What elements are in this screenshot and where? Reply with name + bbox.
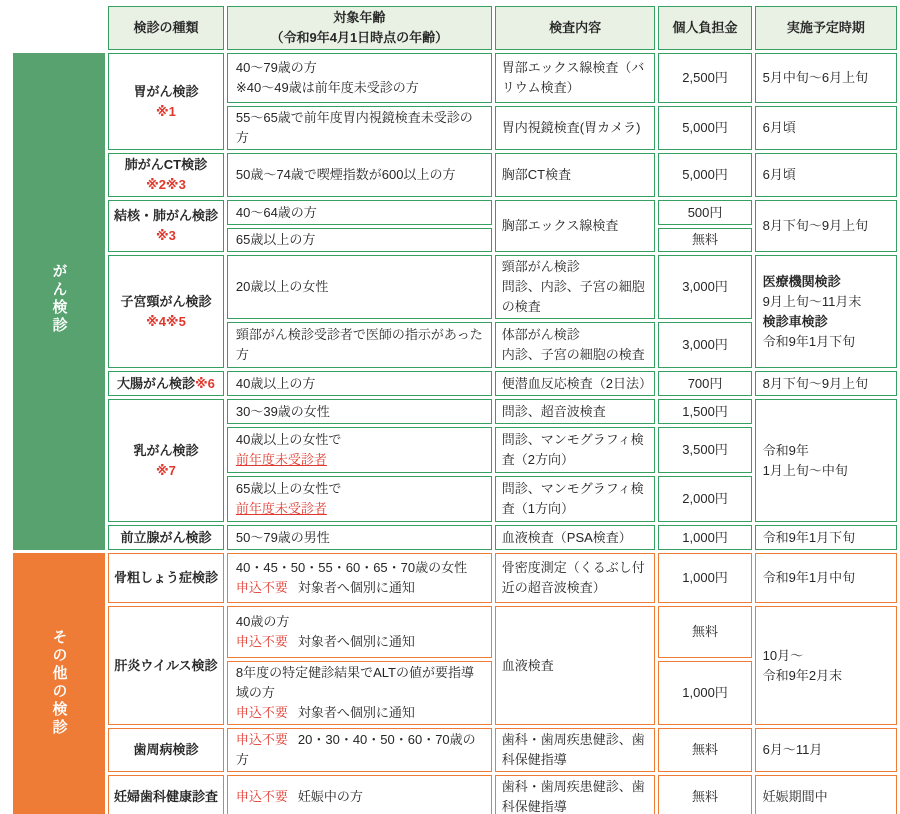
colorectal-note: ※6 (195, 376, 215, 391)
cell-stomach-r2-fee: 5,000円 (658, 106, 751, 150)
cell-cervical-r1-age: 20歳以上の女性 (227, 255, 492, 319)
cell-tb-lung-exam: 胸部エックス線検査 (495, 200, 656, 252)
hepatitis-r2-apply-label: 申込不要 (236, 705, 288, 720)
row-tb-lung-1: 結核・肺がん検診 ※3 40～64歳の方 胸部エックス線検査 500円 8月下旬… (13, 200, 897, 225)
band-other-label: その他の検診 (52, 629, 67, 737)
osteoporosis-name: 骨粗しょう症検診 (114, 570, 218, 585)
maternity-period-label: 妊娠期間中 (763, 789, 828, 804)
cell-osteoporosis-period: 令和9年1月中旬 (755, 553, 897, 603)
stomach-r2-period-label: 6月頃 (763, 120, 796, 135)
cell-lung-ct-age: 50歳～74歳で喫煙指数が600以上の方 (227, 153, 492, 197)
tb-lung-exam-label: 胸部エックス線検査 (502, 218, 619, 233)
cell-osteoporosis-fee: 1,000円 (658, 553, 751, 603)
hepatitis-r2-apply-note: 対象者へ個別に通知 (298, 705, 415, 720)
cell-prostate-period: 令和9年1月下旬 (755, 525, 897, 550)
colorectal-period-label: 8月下旬～9月上旬 (763, 376, 868, 391)
stomach-note: ※1 (111, 102, 221, 122)
cell-breast-period: 令和9年 1月上旬～中旬 (755, 399, 897, 522)
cell-breast-r1-age: 30～39歳の女性 (227, 399, 492, 424)
cell-breast-r2-age: 40歳以上の女性で 前年度未受診者 (227, 427, 492, 473)
cervical-period-line4: 令和9年1月下旬 (763, 332, 889, 352)
maternity-apply-label: 申込不要 (236, 789, 288, 804)
lung-ct-age-label: 50歳～74歳で喫煙指数が600以上の方 (236, 167, 456, 182)
osteoporosis-age-line2: 申込不要対象者へ個別に通知 (236, 578, 483, 598)
cell-periodontal-type: 歯周病検診 (108, 728, 224, 772)
hepatitis-r2-fee-label: 1,000円 (682, 685, 728, 700)
cell-hepatitis-r1-age: 40歳の方 申込不要対象者へ個別に通知 (227, 606, 492, 658)
cell-stomach-type: 胃がん検診 ※1 (108, 53, 224, 150)
stomach-r1-age-line1: 40～79歳の方 (236, 58, 483, 78)
row-cervical-1: 子宮頸がん検診 ※4※5 20歳以上の女性 頸部がん検診 問診、内診、子宮の細胞… (13, 255, 897, 319)
cervical-r2-fee-label: 3,000円 (682, 337, 728, 352)
tb-lung-name: 結核・肺がん検診 (111, 206, 221, 226)
cell-tb-lung-fee1: 500円 (658, 200, 751, 225)
cervical-note: ※4※5 (111, 312, 221, 332)
cell-maternity-age: 申込不要妊娠中の方 (227, 775, 492, 814)
hepatitis-r1-age-line1: 40歳の方 (236, 612, 483, 632)
cell-stomach-r2-period: 6月頃 (755, 106, 897, 150)
breast-r2-age-line2: 前年度未受診者 (236, 450, 483, 470)
breast-r1-exam-label: 問診、超音波検査 (502, 404, 606, 419)
cell-periodontal-age: 申込不要20・30・40・50・60・70歳の方 (227, 728, 492, 772)
tb-lung-fee1-label: 500円 (688, 205, 723, 220)
band-cancer-label: がん検診 (52, 263, 67, 335)
cell-lung-ct-type: 肺がんCT検診 ※2※3 (108, 153, 224, 197)
breast-r3-fee-label: 2,000円 (682, 491, 728, 506)
screening-table: 検診の種類 対象年齢 （令和9年4月1日時点の年齢） 検査内容 個人負担金 実施… (10, 3, 900, 814)
hepatitis-r1-apply-label: 申込不要 (236, 634, 288, 649)
col-header-fee-label: 個人負担金 (673, 20, 738, 35)
cell-cervical-r1-exam: 頸部がん検診 問診、内診、子宮の細胞の検査 (495, 255, 656, 319)
breast-period-line1: 令和9年 (763, 441, 889, 461)
cell-osteoporosis-exam: 骨密度測定（くるぶし付近の超音波検査） (495, 553, 656, 603)
row-maternity-dental: 妊婦歯科健康診査 申込不要妊娠中の方 歯科・歯周疾患健診、歯科保健指導 無料 妊… (13, 775, 897, 814)
breast-period-line2: 1月上旬～中旬 (763, 461, 889, 481)
colorectal-age-label: 40歳以上の方 (236, 376, 315, 391)
tb-lung-period-label: 8月下旬～9月上旬 (763, 218, 868, 233)
breast-r1-fee-label: 1,500円 (682, 404, 728, 419)
tb-lung-fee2-label: 無料 (692, 232, 718, 247)
cell-stomach-r1-period: 5月中旬～6月上旬 (755, 53, 897, 103)
cell-periodontal-fee: 無料 (658, 728, 751, 772)
colorectal-fee-label: 700円 (688, 376, 723, 391)
stomach-r1-period-label: 5月中旬～6月上旬 (763, 70, 868, 85)
cell-cervical-r2-exam: 体部がん検診 内診、子宮の細胞の検査 (495, 322, 656, 368)
col-header-period: 実施予定時期 (755, 6, 897, 50)
colorectal-exam-label: 便潜血反応検査（2日法） (502, 376, 652, 391)
cell-hepatitis-r1-fee: 無料 (658, 606, 751, 658)
breast-note: ※7 (111, 461, 221, 481)
cell-breast-r3-exam: 問診、マンモグラフィ検査（1方向） (495, 476, 656, 522)
cell-maternity-fee: 無料 (658, 775, 751, 814)
hepatitis-period-line1: 10月～ (763, 646, 889, 666)
cell-tb-lung-period: 8月下旬～9月上旬 (755, 200, 897, 252)
stomach-r1-age-line2: ※40～49歳は前年度未受診の方 (236, 78, 483, 98)
lung-ct-note: ※2※3 (111, 175, 221, 195)
cell-breast-r3-fee: 2,000円 (658, 476, 751, 522)
cervical-r1-age-label: 20歳以上の女性 (236, 279, 328, 294)
row-stomach-1: がん検診 胃がん検診 ※1 40～79歳の方 ※40～49歳は前年度未受診の方 … (13, 53, 897, 103)
stomach-r2-exam-label: 胃内視鏡検査(胃カメラ) (502, 120, 641, 135)
cell-cervical-r2-age: 頸部がん検診受診者で医師の指示があった方 (227, 322, 492, 368)
osteoporosis-apply-label: 申込不要 (236, 580, 288, 595)
periodontal-apply-label: 申込不要 (236, 732, 288, 747)
cell-hepatitis-period: 10月～ 令和9年2月末 (755, 606, 897, 725)
cervical-r2-exam-line1: 体部がん検診 (502, 325, 649, 345)
lung-ct-period-label: 6月頃 (763, 167, 796, 182)
band-other-screening: その他の検診 (13, 553, 105, 814)
cell-prostate-exam: 血液検査（PSA検査） (495, 525, 656, 550)
cell-colorectal-period: 8月下旬～9月上旬 (755, 371, 897, 396)
cell-osteoporosis-type: 骨粗しょう症検診 (108, 553, 224, 603)
prostate-fee-label: 1,000円 (682, 530, 728, 545)
cervical-r1-fee-label: 3,000円 (682, 279, 728, 294)
cell-colorectal-fee: 700円 (658, 371, 751, 396)
col-header-type-label: 検診の種類 (133, 20, 198, 35)
tb-lung-age2-label: 65歳以上の方 (236, 232, 315, 247)
cervical-r1-exam-line2: 問診、内診、子宮の細胞の検査 (502, 277, 649, 317)
hepatitis-r1-fee-label: 無料 (692, 624, 718, 639)
cell-maternity-type: 妊婦歯科健康診査 (108, 775, 224, 814)
col-header-exam-label: 検査内容 (549, 20, 601, 35)
cell-prostate-fee: 1,000円 (658, 525, 751, 550)
periodontal-period-label: 6月～11月 (763, 742, 823, 757)
cell-tb-lung-fee2: 無料 (658, 228, 751, 252)
prostate-period-label: 令和9年1月下旬 (763, 530, 855, 545)
periodontal-exam-label: 歯科・歯周疾患健診、歯科保健指導 (502, 732, 645, 767)
cell-maternity-exam: 歯科・歯周疾患健診、歯科保健指導 (495, 775, 656, 814)
cell-stomach-r2-age: 55～65歳で前年度胃内視鏡検査未受診の方 (227, 106, 492, 150)
lung-ct-fee-label: 5,000円 (682, 167, 728, 182)
col-header-age-line2: （令和9年4月1日時点の年齢） (236, 28, 483, 48)
breast-r3-age-line2: 前年度未受診者 (236, 499, 483, 519)
cervical-period-line2: 9月上旬～11月末 (763, 292, 889, 312)
breast-r3-age-line1: 65歳以上の女性で (236, 479, 483, 499)
col-header-age: 対象年齢 （令和9年4月1日時点の年齢） (227, 6, 492, 50)
col-header-age-line1: 対象年齢 (236, 8, 483, 28)
cell-stomach-r1-fee: 2,500円 (658, 53, 751, 103)
cell-cervical-period: 医療機関検診 9月上旬～11月末 検診車検診 令和9年1月下旬 (755, 255, 897, 368)
col-header-exam: 検査内容 (495, 6, 656, 50)
hepatitis-period-line2: 令和9年2月末 (763, 666, 889, 686)
lung-ct-exam-label: 胸部CT検査 (502, 167, 571, 182)
cervical-name: 子宮頸がん検診 (111, 292, 221, 312)
breast-r3-exam-label: 問診、マンモグラフィ検査（1方向） (502, 481, 644, 516)
lung-ct-name: 肺がんCT検診 (111, 155, 221, 175)
row-breast-1: 乳がん検診 ※7 30～39歳の女性 問診、超音波検査 1,500円 令和9年 … (13, 399, 897, 424)
cell-breast-r1-exam: 問診、超音波検査 (495, 399, 656, 424)
cell-tb-lung-type: 結核・肺がん検診 ※3 (108, 200, 224, 252)
header-spacer (13, 6, 105, 50)
breast-r2-fee-label: 3,500円 (682, 442, 728, 457)
col-header-type: 検診の種類 (108, 6, 224, 50)
row-prostate: 前立腺がん検診 50～79歳の男性 血液検査（PSA検査） 1,000円 令和9… (13, 525, 897, 550)
cell-breast-r2-fee: 3,500円 (658, 427, 751, 473)
hepatitis-r1-age-line2: 申込不要対象者へ個別に通知 (236, 632, 483, 652)
breast-r2-exam-label: 問診、マンモグラフィ検査（2方向） (502, 432, 644, 467)
band-cancer-screening: がん検診 (13, 53, 105, 550)
prostate-exam-label: 血液検査（PSA検査） (502, 530, 632, 545)
hepatitis-name: 肝炎ウイルス検診 (114, 658, 217, 673)
osteoporosis-period-label: 令和9年1月中旬 (763, 570, 855, 585)
cell-maternity-period: 妊娠期間中 (755, 775, 897, 814)
tb-lung-note: ※3 (111, 226, 221, 246)
row-osteoporosis: その他の検診 骨粗しょう症検診 40・45・50・55・60・65・70歳の女性… (13, 553, 897, 603)
osteoporosis-fee-label: 1,000円 (682, 570, 728, 585)
periodontal-name: 歯周病検診 (133, 742, 198, 757)
stomach-name: 胃がん検診 (111, 82, 221, 102)
row-colorectal: 大腸がん検診※6 40歳以上の方 便潜血反応検査（2日法） 700円 8月下旬～… (13, 371, 897, 396)
row-periodontal: 歯周病検診 申込不要20・30・40・50・60・70歳の方 歯科・歯周疾患健診… (13, 728, 897, 772)
breast-r2-age-line1: 40歳以上の女性で (236, 430, 483, 450)
cell-stomach-r2-exam: 胃内視鏡検査(胃カメラ) (495, 106, 656, 150)
cell-osteoporosis-age: 40・45・50・55・60・65・70歳の女性 申込不要対象者へ個別に通知 (227, 553, 492, 603)
header-row: 検診の種類 対象年齢 （令和9年4月1日時点の年齢） 検査内容 個人負担金 実施… (13, 6, 897, 50)
cervical-period-line3: 検診車検診 (763, 312, 889, 332)
cell-lung-ct-fee: 5,000円 (658, 153, 751, 197)
hepatitis-r2-age-line2: 申込不要対象者へ個別に通知 (236, 703, 483, 723)
maternity-age-label: 妊娠中の方 (298, 789, 363, 804)
osteoporosis-exam-label: 骨密度測定（くるぶし付近の超音波検査） (502, 560, 645, 595)
tb-lung-age1-label: 40～64歳の方 (236, 205, 317, 220)
cell-hepatitis-type: 肝炎ウイルス検診 (108, 606, 224, 725)
cell-stomach-r1-age: 40～79歳の方 ※40～49歳は前年度未受診の方 (227, 53, 492, 103)
maternity-exam-label: 歯科・歯周疾患健診、歯科保健指導 (502, 779, 645, 814)
cell-breast-type: 乳がん検診 ※7 (108, 399, 224, 522)
prostate-age-label: 50～79歳の男性 (236, 530, 330, 545)
cell-cervical-r1-fee: 3,000円 (658, 255, 751, 319)
cell-breast-r3-age: 65歳以上の女性で 前年度未受診者 (227, 476, 492, 522)
cell-hepatitis-r2-fee: 1,000円 (658, 661, 751, 725)
stomach-r2-age-label: 55～65歳で前年度胃内視鏡検査未受診の方 (236, 110, 473, 145)
cell-hepatitis-r2-age: 8年度の特定健診結果でALTの値が要指導域の方 申込不要対象者へ個別に通知 (227, 661, 492, 725)
cervical-period-line1: 医療機関検診 (763, 272, 889, 292)
cell-tb-lung-age2: 65歳以上の方 (227, 228, 492, 252)
colorectal-name: 大腸がん検診 (117, 376, 195, 391)
cell-lung-ct-exam: 胸部CT検査 (495, 153, 656, 197)
cell-cervical-r2-fee: 3,000円 (658, 322, 751, 368)
breast-r1-age-label: 30～39歳の女性 (236, 404, 330, 419)
stomach-r1-fee-label: 2,500円 (682, 70, 728, 85)
row-hepatitis-1: 肝炎ウイルス検診 40歳の方 申込不要対象者へ個別に通知 血液検査 無料 10月… (13, 606, 897, 658)
cell-hepatitis-exam: 血液検査 (495, 606, 656, 725)
prostate-name: 前立腺がん検診 (120, 530, 211, 545)
hepatitis-r1-apply-note: 対象者へ個別に通知 (298, 634, 415, 649)
stomach-r2-fee-label: 5,000円 (682, 120, 728, 135)
cervical-r1-exam-line1: 頸部がん検診 (502, 257, 649, 277)
cell-lung-ct-period: 6月頃 (755, 153, 897, 197)
cell-stomach-r1-exam: 胃部エックス線検査（バリウム検査） (495, 53, 656, 103)
cell-prostate-age: 50～79歳の男性 (227, 525, 492, 550)
osteoporosis-apply-note: 対象者へ個別に通知 (298, 580, 415, 595)
cervical-r2-age-label: 頸部がん検診受診者で医師の指示があった方 (236, 327, 483, 362)
stomach-r1-exam-label: 胃部エックス線検査（バリウム検査） (502, 60, 645, 95)
cell-prostate-type: 前立腺がん検診 (108, 525, 224, 550)
osteoporosis-age-line1: 40・45・50・55・60・65・70歳の女性 (236, 558, 483, 578)
cell-tb-lung-age1: 40～64歳の方 (227, 200, 492, 225)
cell-colorectal-age: 40歳以上の方 (227, 371, 492, 396)
periodontal-fee-label: 無料 (692, 742, 718, 757)
col-header-period-label: 実施予定時期 (787, 20, 865, 35)
hepatitis-r2-age-line1: 8年度の特定健診結果でALTの値が要指導域の方 (236, 663, 483, 703)
row-lung-ct: 肺がんCT検診 ※2※3 50歳～74歳で喫煙指数が600以上の方 胸部CT検査… (13, 153, 897, 197)
cell-periodontal-period: 6月～11月 (755, 728, 897, 772)
cell-colorectal-type: 大腸がん検診※6 (108, 371, 224, 396)
cell-breast-r2-exam: 問診、マンモグラフィ検査（2方向） (495, 427, 656, 473)
cell-breast-r1-fee: 1,500円 (658, 399, 751, 424)
maternity-fee-label: 無料 (692, 789, 718, 804)
breast-name: 乳がん検診 (111, 441, 221, 461)
maternity-name: 妊婦歯科健康診査 (114, 789, 218, 804)
cell-periodontal-exam: 歯科・歯周疾患健診、歯科保健指導 (495, 728, 656, 772)
cervical-r2-exam-line2: 内診、子宮の細胞の検査 (502, 345, 649, 365)
cell-colorectal-exam: 便潜血反応検査（2日法） (495, 371, 656, 396)
cell-cervical-type: 子宮頸がん検診 ※4※5 (108, 255, 224, 368)
hepatitis-exam-label: 血液検査 (502, 658, 554, 673)
col-header-fee: 個人負担金 (658, 6, 751, 50)
